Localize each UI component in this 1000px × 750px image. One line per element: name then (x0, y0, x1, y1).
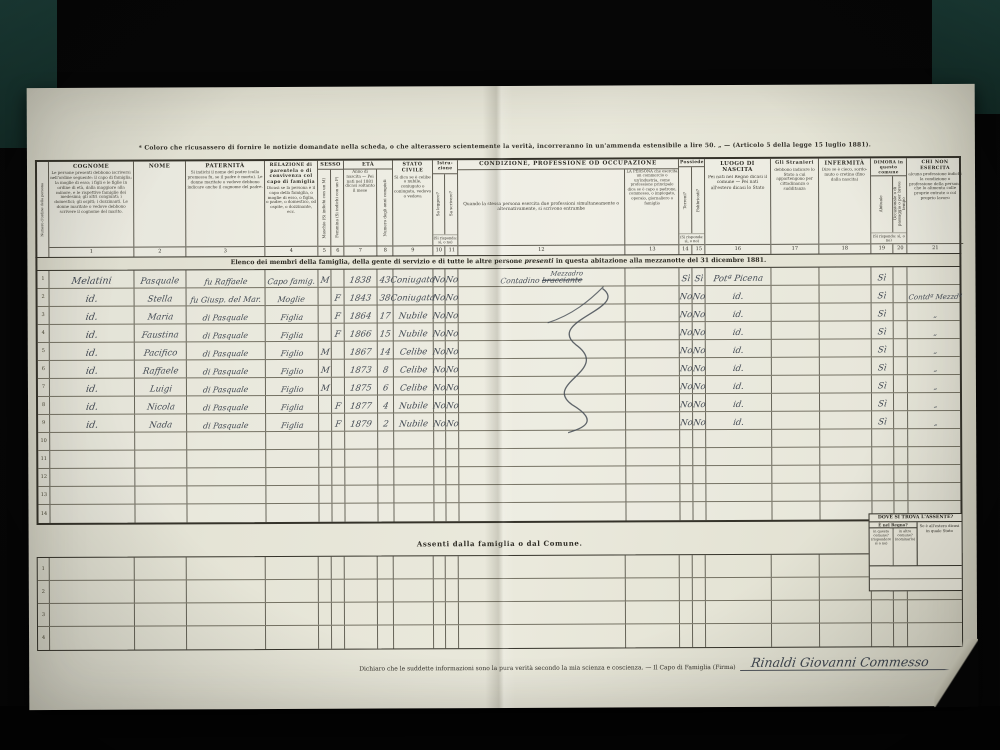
cell-nome (135, 450, 187, 467)
row-number: 3 (38, 307, 50, 324)
census-sheet-paper: * Coloro che ricusassero di fornire le n… (27, 84, 978, 710)
cell-infermita (820, 321, 872, 338)
cell-prof (459, 286, 626, 304)
cell-terreni: Sì (679, 268, 692, 285)
row-number: 2 (38, 581, 50, 603)
cell-scrive (446, 449, 459, 466)
cell-nome: Nada (135, 414, 187, 431)
cell-persona (626, 340, 680, 357)
cell-estero (772, 394, 820, 411)
cell-nascita: id. (706, 304, 772, 321)
cell-infermita (820, 393, 872, 410)
head-of-family-signature: Rinaldi Giovanni Commesso (741, 654, 965, 671)
cell-anno: 1838 (344, 270, 377, 287)
cell-abituale (872, 429, 894, 446)
cell-nascita (706, 502, 772, 520)
cell-scrive: No (446, 323, 459, 340)
cell-mantenuto (907, 267, 963, 284)
cell-terreni: No (680, 358, 693, 375)
cell-legge: No (434, 287, 446, 304)
cell-infermita (820, 447, 872, 464)
cell-infermita (820, 465, 872, 482)
cell-nascita (706, 578, 772, 600)
col-stranieri: Gli Stranieri debbono indicare lo Stato … (771, 159, 819, 254)
cell-stato: Celibe (394, 377, 434, 394)
cell-f: F (332, 324, 345, 341)
cell-f: F (332, 396, 345, 413)
cell-scrive: No (446, 377, 459, 394)
cell-cognome: id. (50, 307, 135, 324)
cell-persona (626, 448, 680, 465)
cell-nome: Pasquale (134, 270, 186, 287)
cell-fabbricati (693, 448, 706, 465)
cell-nome (135, 626, 187, 649)
cell-fabbricati (693, 578, 706, 600)
cell-anno: 1867 (345, 342, 378, 359)
cell-fabbricati (693, 502, 706, 520)
cell-estero (772, 601, 820, 623)
cell-anno (345, 626, 378, 649)
cell-paternita (187, 486, 266, 503)
cell-terreni (680, 601, 693, 623)
cell-scrive: No (446, 287, 459, 304)
cell-m (319, 414, 332, 431)
cell-f (331, 270, 344, 287)
cell-prof (459, 376, 626, 394)
cell-prof: Contadino braccianteMezzadro (458, 268, 625, 286)
assenti-rows: 1234 (37, 553, 963, 651)
cell-m (319, 603, 332, 625)
cell-mantenuto (908, 429, 964, 446)
cell-nascita (706, 484, 772, 501)
cell-relazione: Figlio (266, 378, 319, 395)
cell-terreni (680, 578, 693, 600)
cell-occasionale (894, 447, 908, 464)
cell-f: F (332, 414, 345, 431)
cell-persona (626, 322, 680, 339)
cell-paternita: di Pasquale (187, 396, 266, 413)
cell-legge (434, 467, 446, 484)
cell-legge: No (434, 395, 446, 412)
cell-paternita (187, 432, 266, 449)
cell-persona (626, 466, 680, 483)
cell-relazione (266, 468, 319, 485)
col-condizione-professione: CONDIZIONE, PROFESSIONE OD OCCUPAZIONE Q… (458, 159, 679, 255)
row-number: 4 (38, 325, 50, 342)
cell-fabbricati: No (693, 322, 706, 339)
cell-infermita (820, 375, 872, 392)
cell-estero (772, 430, 820, 447)
cell-estero (772, 376, 820, 393)
cell-abituale: Sì (872, 285, 894, 302)
cell-paternita: di Pasquale (187, 306, 266, 323)
cell-nascita: id. (706, 340, 772, 357)
cell-relazione (266, 603, 319, 625)
cell-anno (345, 580, 378, 602)
cell-anni: 14 (378, 341, 394, 358)
cell-mantenuto: „ (908, 303, 964, 320)
assente-write-lines (870, 565, 962, 590)
cell-m (319, 450, 332, 467)
cell-persona (626, 358, 680, 375)
cell-m: M (319, 360, 332, 377)
cell-cognome: id. (50, 343, 135, 360)
cell-infermita (820, 411, 872, 428)
cell-paternita (187, 468, 266, 485)
cell-nome (135, 557, 187, 579)
cell-nascita (706, 430, 772, 447)
cell-cognome: id. (50, 415, 135, 432)
cell-nascita: id. (706, 394, 772, 411)
cell-occasionale (894, 411, 908, 428)
cell-fabbricati (693, 624, 706, 647)
folded-corner (934, 639, 978, 707)
cell-mantenuto (908, 465, 964, 482)
cell-scrive: No (446, 359, 459, 376)
cell-anni: 2 (378, 413, 394, 430)
cell-m: M (319, 378, 332, 395)
cell-paternita: di Pasquale (187, 378, 266, 395)
cell-m (319, 432, 332, 449)
col-luogo-nascita: LUOGO DI NASCITA Pei nati nel Regno dica… (705, 159, 771, 254)
cell-relazione: Figlio (266, 360, 319, 377)
cell-scrive (446, 602, 459, 624)
cell-terreni: No (680, 286, 693, 303)
cell-fabbricati (693, 601, 706, 623)
col-dimora-abituale: Abituale (871, 176, 893, 232)
cell-estero (772, 578, 820, 600)
cell-abituale: Sì (872, 339, 894, 356)
cell-f (332, 378, 345, 395)
cell-abituale: Sì (871, 267, 893, 284)
cell-persona (626, 502, 680, 520)
assenti-section-title: Assenti dalla famiglia o dal Comune. (37, 537, 963, 550)
cell-stato (394, 602, 434, 624)
cell-infermita (820, 623, 872, 646)
cell-f (332, 450, 345, 467)
cell-nome: Luigi (135, 378, 187, 395)
cell-legge (434, 602, 446, 624)
cell-cognome (50, 469, 135, 486)
cell-f (332, 603, 345, 625)
cell-anni: 15 (378, 323, 394, 340)
assente-location-box: DOVE SI TROVA L'ASSENTE? È nel Regno? in… (869, 513, 963, 591)
cell-nome: Faustina (135, 324, 187, 341)
cell-fabbricati: No (693, 304, 706, 321)
cell-prof (459, 555, 626, 578)
cell-occasionale (894, 429, 908, 446)
cell-nascita (706, 448, 772, 465)
cell-fabbricati: No (693, 412, 706, 429)
cell-anno: 1879 (345, 414, 378, 431)
table-surface-shadow (0, 706, 1000, 750)
cell-scrive (446, 431, 459, 448)
cell-f: F (332, 288, 345, 305)
cell-legge: No (434, 341, 446, 358)
col-stato-civile: STATO CIVILE Si dica se è celibe o nubil… (393, 160, 433, 255)
cell-m (319, 288, 332, 305)
cell-anno: 1866 (345, 324, 378, 341)
cell-anno (345, 504, 378, 522)
cell-persona (626, 376, 680, 393)
cell-paternita (187, 450, 266, 467)
cell-occasionale (894, 357, 908, 374)
cell-nascita: id. (706, 358, 772, 375)
cell-occasionale (894, 321, 908, 338)
cell-stato: Celibe (394, 341, 434, 358)
col-fabbricati: Fabbricati? (692, 167, 705, 233)
cell-abituale: Sì (872, 321, 894, 338)
col-nome: NOME 2 (134, 161, 186, 256)
cell-prof (459, 484, 626, 502)
row-number: 9 (38, 415, 50, 432)
cell-infermita (820, 285, 872, 302)
cell-abituale: Sì (872, 357, 894, 374)
cell-stato (394, 467, 434, 484)
cell-m: M (318, 270, 331, 287)
cell-scrive: No (446, 395, 459, 412)
cell-paternita: di Pasquale (187, 360, 266, 377)
cell-m (319, 468, 332, 485)
col-sesso-m: Maschio (Si indichi con un M) (318, 170, 331, 246)
legal-note: * Coloro che ricusassero di fornire le n… (105, 141, 905, 151)
cell-cognome (50, 451, 135, 468)
cell-prof (459, 578, 626, 601)
assente-estero: Se è all'estero dicasi in quale Stato (917, 522, 961, 565)
row-number: 7 (38, 379, 50, 396)
cell-anno: 1864 (345, 306, 378, 323)
cell-mantenuto: „ (908, 357, 964, 374)
cell-stato (394, 556, 434, 578)
cell-prof (459, 358, 626, 376)
cell-legge (434, 579, 446, 601)
row-number: 2 (38, 289, 50, 306)
cell-anni (378, 625, 394, 648)
cell-relazione: Figlia (266, 396, 319, 413)
cell-nome: Raffaele (135, 360, 187, 377)
cell-infermita (820, 577, 872, 599)
cell-scrive (446, 579, 459, 601)
cell-f (332, 486, 345, 503)
cell-paternita (187, 504, 266, 522)
cell-fabbricati: No (693, 340, 706, 357)
cell-cognome (50, 505, 135, 523)
cell-scrive (446, 625, 459, 648)
row-number: 8 (38, 397, 50, 414)
col-anni-compiuti: Numero degli anni compiuti (377, 169, 393, 245)
cell-f (332, 342, 345, 359)
cell-stato: Celibe (394, 359, 434, 376)
cell-scrive: No (446, 413, 459, 430)
cell-fabbricati: No (693, 358, 706, 375)
cell-legge (434, 556, 446, 578)
cell-prof (459, 322, 626, 340)
cell-terreni (680, 555, 693, 577)
cell-anni (378, 579, 394, 601)
cell-paternita: di Pasquale (187, 414, 266, 431)
cell-occasionale (894, 285, 908, 302)
cell-fabbricati: No (693, 376, 706, 393)
cell-relazione (266, 432, 319, 449)
cell-terreni (680, 466, 693, 483)
col-anno-nascita: Anno di nascita — Pei nati nel 1881 dica… (344, 170, 377, 246)
cell-nome: Nicola (135, 396, 187, 413)
cell-fabbricati: Sì (692, 268, 705, 285)
col-chi-non-esercita: CHI NON ESERCITA alcuna professione indi… (907, 158, 963, 253)
cell-abituale (872, 447, 894, 464)
row-number: 1 (37, 271, 49, 288)
cell-legge (434, 431, 446, 448)
cell-stato (394, 485, 434, 502)
col-sesso: SESSO Maschio (Si indichi con un M) Femm… (318, 161, 344, 256)
row-number: 13 (38, 487, 50, 504)
cell-nascita: id. (706, 286, 772, 303)
cell-anni (378, 449, 394, 466)
cell-occasionale (894, 375, 908, 392)
cell-persona (626, 412, 680, 429)
cell-stato: Nubile (394, 413, 434, 430)
cell-infermita (820, 483, 872, 500)
cell-relazione (266, 557, 319, 579)
col-sa-leggere: Sa leggere? (433, 174, 445, 234)
cell-estero (772, 502, 820, 520)
cell-scrive (446, 485, 459, 502)
cell-f (332, 580, 345, 602)
cell-mantenuto (908, 600, 964, 622)
cell-legge: No (434, 323, 446, 340)
cell-persona (626, 394, 680, 411)
cell-scrive (446, 556, 459, 578)
cell-paternita: di Pasquale (187, 342, 266, 359)
row-number: 6 (38, 361, 50, 378)
cell-cognome (50, 627, 135, 650)
cell-persona (626, 484, 680, 501)
cell-scrive: No (445, 269, 458, 286)
cell-persona (626, 624, 680, 647)
cell-m (319, 557, 332, 579)
cell-nome (135, 504, 187, 522)
cell-nascita (706, 466, 772, 483)
cell-terreni (680, 484, 693, 501)
cell-legge: No (434, 413, 446, 430)
cell-estero (772, 555, 820, 577)
row-number: 5 (38, 343, 50, 360)
cell-estero (772, 412, 820, 429)
cell-estero (772, 624, 820, 647)
cell-m (319, 306, 332, 323)
cell-anni (378, 485, 394, 502)
cell-prof (459, 624, 626, 648)
assente-altro-comune: in altro comune? (nominarlo) (893, 528, 916, 565)
cell-anni: 4 (378, 395, 394, 412)
cell-stato: Nubile (394, 323, 434, 340)
cell-anni (378, 503, 394, 521)
row-number: 14 (38, 505, 50, 523)
cell-anno (345, 468, 378, 485)
row-number: 4 (38, 627, 50, 650)
cell-nome: Maria (135, 306, 187, 323)
cell-infermita (820, 303, 872, 320)
cell-occasionale (894, 483, 908, 500)
cell-anni: 17 (378, 305, 394, 322)
cell-nome (135, 580, 187, 602)
row-number: 12 (38, 469, 50, 486)
cell-m (319, 626, 332, 649)
cell-terreni: No (680, 340, 693, 357)
cell-cognome: id. (50, 289, 135, 306)
cell-terreni: No (680, 322, 693, 339)
cell-terreni (680, 624, 693, 647)
cell-stato: Coniugato (393, 269, 433, 286)
cell-abituale (872, 483, 894, 500)
cell-anno (345, 603, 378, 625)
cell-nascita: id. (706, 376, 772, 393)
assente-regno-group: È nel Regno? in questo comune? (risponde… (870, 522, 918, 565)
cell-persona (626, 286, 680, 303)
cell-abituale: Sì (872, 411, 894, 428)
cell-nome: Pacifico (135, 342, 187, 359)
cell-m (319, 486, 332, 503)
cell-anno: 1875 (345, 378, 378, 395)
cell-estero (771, 268, 819, 285)
cell-abituale: Sì (872, 375, 894, 392)
cell-occasionale (894, 393, 908, 410)
col-eta: ETÀ Anno di nascita — Pei nati nel 1881 … (344, 160, 393, 255)
cell-fabbricati (693, 484, 706, 501)
cell-nascita: id. (706, 322, 772, 339)
cell-infermita (820, 429, 872, 446)
cell-anno (345, 486, 378, 503)
cell-mantenuto (908, 483, 964, 500)
cell-prof (459, 502, 626, 521)
declaration-text: Dichiaro che le suddette informazioni so… (359, 664, 735, 673)
cell-nome (135, 468, 187, 485)
cell-relazione: Figlio (266, 342, 319, 359)
cell-abituale (872, 465, 894, 482)
row-number: 3 (38, 604, 50, 626)
cell-relazione: Moglie (266, 288, 319, 305)
cell-relazione: Figlia (266, 414, 319, 431)
declaration: Dichiaro che le suddette informazioni so… (37, 654, 963, 674)
cell-f (332, 626, 345, 649)
cell-nascita: id. (706, 412, 772, 429)
cell-persona (625, 268, 679, 285)
cell-paternita: di Pasquale (187, 324, 266, 341)
cell-terreni (680, 430, 693, 447)
cell-paternita (187, 626, 266, 649)
assente-questo-comune: in questo comune? (rispondere sì o no) (870, 528, 894, 565)
col-professione: Quando la stessa persona esercita due pr… (458, 169, 625, 245)
cell-persona (626, 304, 680, 321)
cell-legge: No (434, 305, 446, 322)
cell-occasionale (894, 623, 908, 646)
cell-persona (626, 578, 680, 600)
cell-nascita (706, 624, 772, 647)
cell-anni (378, 431, 394, 448)
cell-abituale (872, 600, 894, 622)
cell-anno (345, 450, 378, 467)
table-row: 4 (38, 623, 962, 650)
cell-anno: 1873 (345, 360, 378, 377)
cell-relazione (266, 626, 319, 649)
cell-m (319, 580, 332, 602)
cell-anno: 1877 (345, 396, 378, 413)
cell-terreni: No (680, 304, 693, 321)
cell-anno (345, 432, 378, 449)
col-la-persona: LA PERSONA che esercita un commercio o u… (625, 169, 679, 245)
cell-estero (772, 286, 820, 303)
cell-stato: Nubile (394, 305, 434, 322)
